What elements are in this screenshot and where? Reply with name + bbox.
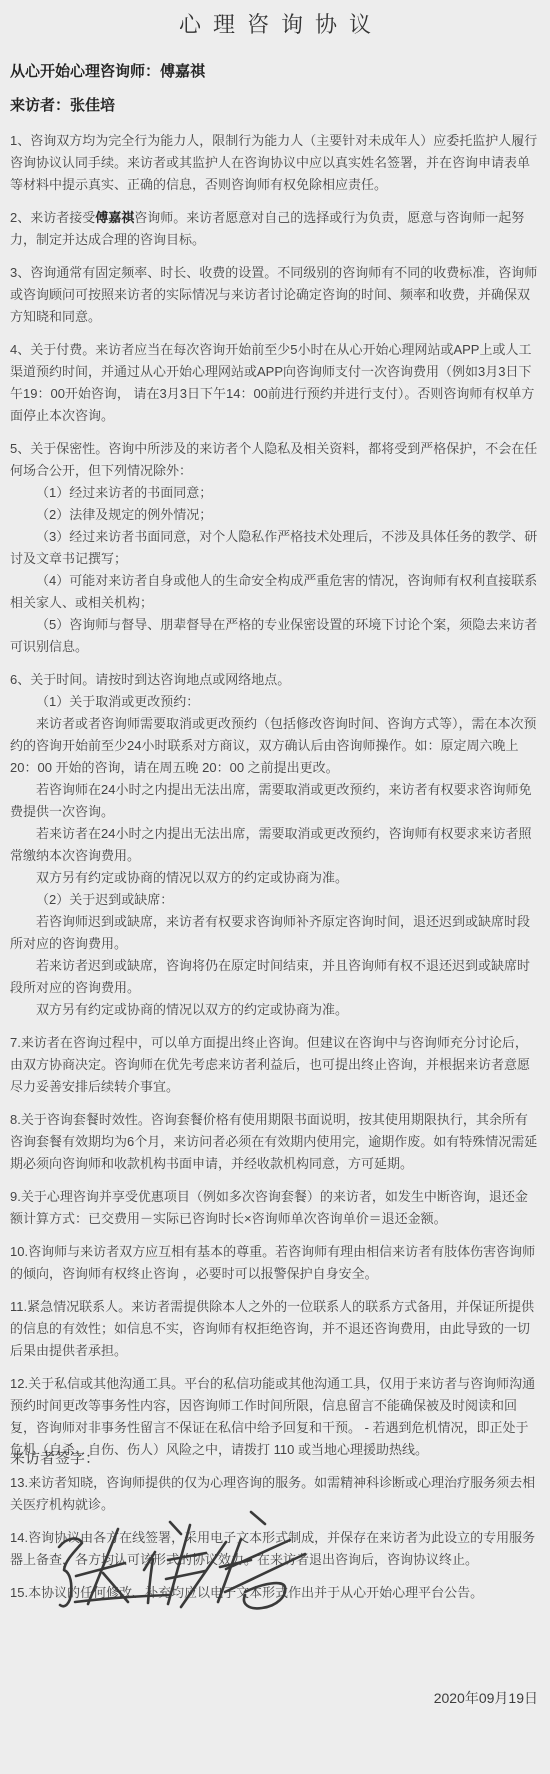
paragraph-text: 9.关于心理咨询并享受优惠项目（例如多次咨询套餐）的来访者，如发生中断咨询，退还…: [10, 1186, 540, 1230]
paragraph-text: 2、来访者接受傅嘉祺咨询师。来访者愿意对自己的选择或行为负责，愿意与咨询师一起努…: [10, 207, 540, 251]
agreement-paragraph: 4、关于付费。来访者应当在每次咨询开始前至少5小时在从心开始心理网站或APP上或…: [10, 339, 540, 427]
agreement-paragraph: 8.关于咨询套餐时效性。咨询套餐价格有使用期限书面说明，按其使用期限执行，其余所…: [10, 1109, 540, 1175]
agreement-paragraph: 11.紧急情况联系人。来访者需提供除本人之外的一位联系人的联系方式备用，并保证所…: [10, 1296, 540, 1362]
paragraph-text: 4、关于付费。来访者应当在每次咨询开始前至少5小时在从心开始心理网站或APP上或…: [10, 339, 540, 427]
visitor-line: 来访者：张佳培: [10, 94, 540, 115]
paragraph-text: 5、关于保密性。咨询中所涉及的来访者个人隐私及相关资料，都将受到严格保护，不会在…: [10, 438, 540, 482]
visitor-signature-handwriting: [38, 1492, 318, 1652]
signature-label: 来访者签字：: [10, 1447, 100, 1468]
agreement-paragraph: 6、关于时间。请按时到达咨询地点或网络地点。（1）关于取消或更改预约：来访者或者…: [10, 669, 540, 1021]
paragraph-subitem: 若咨询师在24小时之内提出无法出席，需要取消或更改预约，来访者有权要求咨询师免费…: [10, 779, 540, 823]
agreement-page: 心理咨询协议 从心开始心理咨询师：傅嘉祺 来访者：张佳培 1、咨询双方均为完全行…: [0, 0, 550, 1774]
paragraph-subitem: 若来访者在24小时之内提出无法出席，需要取消或更改预约，咨询师有权要求来访者照常…: [10, 823, 540, 867]
agreement-body: 1、咨询双方均为完全行为能力人，限制行为能力人（主要针对未成年人）应委托监护人履…: [10, 130, 540, 1604]
paragraph-subitem: （4）可能对来访者自身或他人的生命安全构成严重危害的情况，咨询师有权利直接联系相…: [10, 570, 540, 614]
paragraph-text: 7.来访者在咨询过程中，可以单方面提出终止咨询。但建议在咨询中与咨询师充分讨论后…: [10, 1032, 540, 1098]
agreement-date: 2020年09月19日: [434, 1688, 538, 1708]
paragraph-text: 6、关于时间。请按时到达咨询地点或网络地点。: [10, 669, 540, 691]
counselor-line: 从心开始心理咨询师：傅嘉祺: [10, 60, 540, 81]
agreement-paragraph: 10.咨询师与来访者双方应互相有基本的尊重。若咨询师有理由相信来访者有肢体伤害咨…: [10, 1241, 540, 1285]
paragraph-subitem: （1）关于取消或更改预约：: [10, 691, 540, 713]
agreement-paragraph: 1、咨询双方均为完全行为能力人，限制行为能力人（主要针对未成年人）应委托监护人履…: [10, 130, 540, 196]
agreement-paragraph: 2、来访者接受傅嘉祺咨询师。来访者愿意对自己的选择或行为负责，愿意与咨询师一起努…: [10, 207, 540, 251]
paragraph-text: 1、咨询双方均为完全行为能力人，限制行为能力人（主要针对未成年人）应委托监护人履…: [10, 130, 540, 196]
paragraph-subitem: （1）经过来访者的书面同意；: [10, 482, 540, 504]
paragraph-subitem: （5）咨询师与督导、朋辈督导在严格的专业保密设置的环境下讨论个案，须隐去来访者可…: [10, 614, 540, 658]
paragraph-text: 10.咨询师与来访者双方应互相有基本的尊重。若咨询师有理由相信来访者有肢体伤害咨…: [10, 1241, 540, 1285]
paragraph-subitem: 双方另有约定或协商的情况以双方的约定或协商为准。: [10, 999, 540, 1021]
agreement-paragraph: 9.关于心理咨询并享受优惠项目（例如多次咨询套餐）的来访者，如发生中断咨询，退还…: [10, 1186, 540, 1230]
agreement-paragraph: 3、咨询通常有固定频率、时长、收费的设置。不同级别的咨询师有不同的收费标准，咨询…: [10, 262, 540, 328]
agreement-paragraph: 5、关于保密性。咨询中所涉及的来访者个人隐私及相关资料，都将受到严格保护，不会在…: [10, 438, 540, 658]
paragraph-subitem: （2）法律及规定的例外情况；: [10, 504, 540, 526]
paragraph-subitem: 双方另有约定或协商的情况以双方的约定或协商为准。: [10, 867, 540, 889]
paragraph-subitem: 若咨询师迟到或缺席，来访者有权要求咨询师补齐原定咨询时间，退还迟到或缺席时段所对…: [10, 911, 540, 955]
paragraph-text: 3、咨询通常有固定频率、时长、收费的设置。不同级别的咨询师有不同的收费标准，咨询…: [10, 262, 540, 328]
page-title: 心理咨询协议: [0, 0, 550, 39]
paragraph-subitem: （2）关于迟到或缺席：: [10, 889, 540, 911]
agreement-paragraph: 7.来访者在咨询过程中，可以单方面提出终止咨询。但建议在咨询中与咨询师充分讨论后…: [10, 1032, 540, 1098]
paragraph-subitem: 若来访者迟到或缺席，咨询将仍在原定时间结束，并且咨询师有权不退还迟到或缺席时段所…: [10, 955, 540, 999]
paragraph-subitem: （3）经过来访者书面同意，对个人隐私作严格技术处理后，不涉及具体任务的教学、研讨…: [10, 526, 540, 570]
counselor-name-inline: 傅嘉祺: [95, 210, 134, 225]
paragraph-text: 8.关于咨询套餐时效性。咨询套餐价格有使用期限书面说明，按其使用期限执行，其余所…: [10, 1109, 540, 1175]
paragraph-text: 11.紧急情况联系人。来访者需提供除本人之外的一位联系人的联系方式备用，并保证所…: [10, 1296, 540, 1362]
paragraph-subitem: 来访者或者咨询师需要取消或更改预约（包括修改咨询时间、咨询方式等），需在本次预约…: [10, 713, 540, 779]
